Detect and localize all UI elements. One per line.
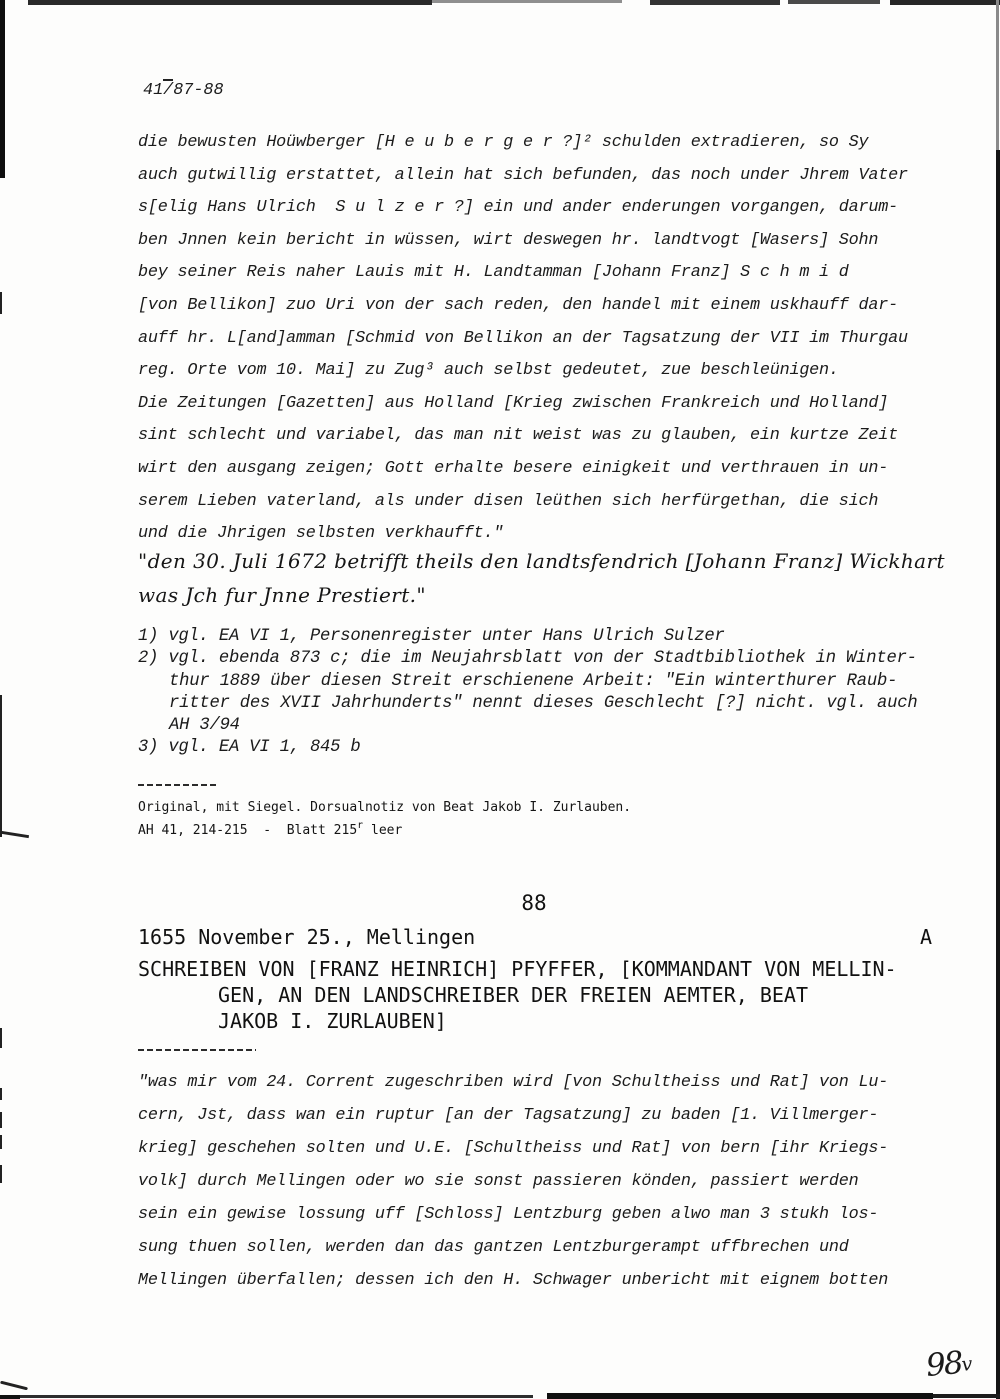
overstrike-macron [163,79,173,81]
scan-artifact-left-edge [0,292,2,314]
scan-artifact-corner-stroke [0,1381,28,1391]
text-line: reg. Orte vom 10. Mai] zu Zug³ auch selb… [138,355,908,388]
scan-artifact-top-edge [788,0,880,4]
page-reference: 41/87-88 [143,81,224,100]
scan-artifact-top-edge [432,0,622,3]
text-line: [von Bellikon] zuo Uri von der sach rede… [138,290,908,323]
text-line: "den 30. Juli 1672 betrifft theils den l… [138,545,945,579]
text-line: Die Zeitungen [Gazetten] aus Holland [Kr… [138,388,908,421]
scan-artifact-top-edge [650,0,780,5]
text-line: sint schlecht und variabel, das man nit … [138,420,908,453]
folio-digits: 98 [925,1345,963,1384]
folio-number: 98v [925,1344,974,1384]
scan-artifact-left-edge [0,1088,2,1100]
scan-artifact-right-edge [996,0,999,150]
footnotes: 1) vgl. EA VI 1, Personenregister unter … [138,626,917,760]
text-line: AH 41, 214-215 - Blatt 215r leer [138,820,631,844]
text-line: bey seiner Reis naher Lauis mit H. Landt… [138,257,908,290]
scan-artifact-bottom-edge [20,1395,533,1398]
title-line: SCHREIBEN VON [FRANZ HEINRICH] PFYFFER, … [138,956,897,982]
text-line: ben Jnnen kein bericht in wüssen, wirt d… [138,225,908,258]
text-line: sung thuen sollen, werden dan das gantze… [138,1231,888,1264]
scanned-document-page: 41/87-88 die bewusten Hoüwberger [H e u … [0,0,1000,1399]
text-line: volk] durch Mellingen oder wo sie sonst … [138,1165,888,1198]
scan-artifact-left-tick [1,831,29,838]
regest-body: die bewusten Hoüwberger [H e u b e r g e… [138,127,908,551]
source-note: Original, mit Siegel. Dorsualnotiz von B… [138,797,631,843]
text-line: was Jch fur Jnne Prestiert." [138,579,945,613]
footnote-divider [138,784,218,786]
document-marker: A [920,925,932,949]
signature-text: AH 41, 214-215 - Blatt 215 [138,823,357,838]
folio-suffix: v [961,1353,974,1376]
letter-quote: "was mir vom 24. Corrent zugeschriben wi… [138,1066,888,1297]
scan-artifact-bottom-edge [0,1395,20,1399]
footnote-line: ritter des XVII Jahrhunderts" nennt dies… [169,693,917,715]
footnote-line: 1) vgl. EA VI 1, Personenregister unter … [138,626,917,648]
scan-artifact-left-edge [0,1028,2,1048]
text-line: auch gutwillig erstattet, allein hat sic… [138,160,908,193]
scan-artifact-bottom-edge [933,1394,1000,1398]
footnote-line: AH 3/94 [169,715,917,737]
title-divider [138,1049,256,1051]
scan-artifact-left-edge [0,1135,2,1149]
title-line: JAKOB I. ZURLAUBEN] [218,1008,897,1034]
date-place-row: 1655 November 25., Mellingen A [138,925,932,949]
scan-artifact-left-edge [0,1165,2,1183]
entry-title: SCHREIBEN VON [FRANZ HEINRICH] PFYFFER, … [138,956,897,1034]
date-place: 1655 November 25., Mellingen [138,925,475,949]
scan-artifact-left-edge [0,0,5,178]
title-line: GEN, AN DEN LANDSCHREIBER DER FREIEN AEM… [218,982,897,1008]
text-line: s[elig Hans Ulrich S u l z e r ?] ein un… [138,192,908,225]
footnote-line: thur 1889 über diesen Streit erschienene… [169,671,917,693]
scan-artifact-bottom-edge [547,1393,933,1399]
signature-text: leer [363,823,402,838]
text-line: wirt den ausgang zeigen; Gott erhalte be… [138,453,908,486]
scan-artifact-left-edge [0,695,2,837]
quoted-postscript: "den 30. Juli 1672 betrifft theils den l… [138,545,945,612]
text-line: krieg] geschehen solten und U.E. [Schult… [138,1132,888,1165]
text-line: sein ein gewise lossung uff [Schloss] Le… [138,1198,888,1231]
text-line: die bewusten Hoüwberger [H e u b e r g e… [138,127,908,160]
text-line: auff hr. L[and]amman [Schmid von Belliko… [138,323,908,356]
text-line: cern, Jst, dass wan ein ruptur [an der T… [138,1099,888,1132]
text-line: serem Lieben vaterland, als under disen … [138,486,908,519]
footnote-line: 2) vgl. ebenda 873 c; die im Neujahrsbla… [138,648,917,670]
scan-artifact-top-edge [890,0,1000,5]
footnote-line: 3) vgl. EA VI 1, 845 b [138,737,917,759]
scan-artifact-left-edge [0,1112,2,1128]
scan-artifact-top-edge [28,0,432,5]
text-line: "was mir vom 24. Corrent zugeschriben wi… [138,1066,888,1099]
text-line: Original, mit Siegel. Dorsualnotiz von B… [138,797,631,820]
text-line: Mellingen überfallen; dessen ich den H. … [138,1264,888,1297]
superscript-r: r [357,815,363,838]
scan-artifact-right-edge [996,150,1000,1399]
entry-number: 88 [138,891,930,915]
